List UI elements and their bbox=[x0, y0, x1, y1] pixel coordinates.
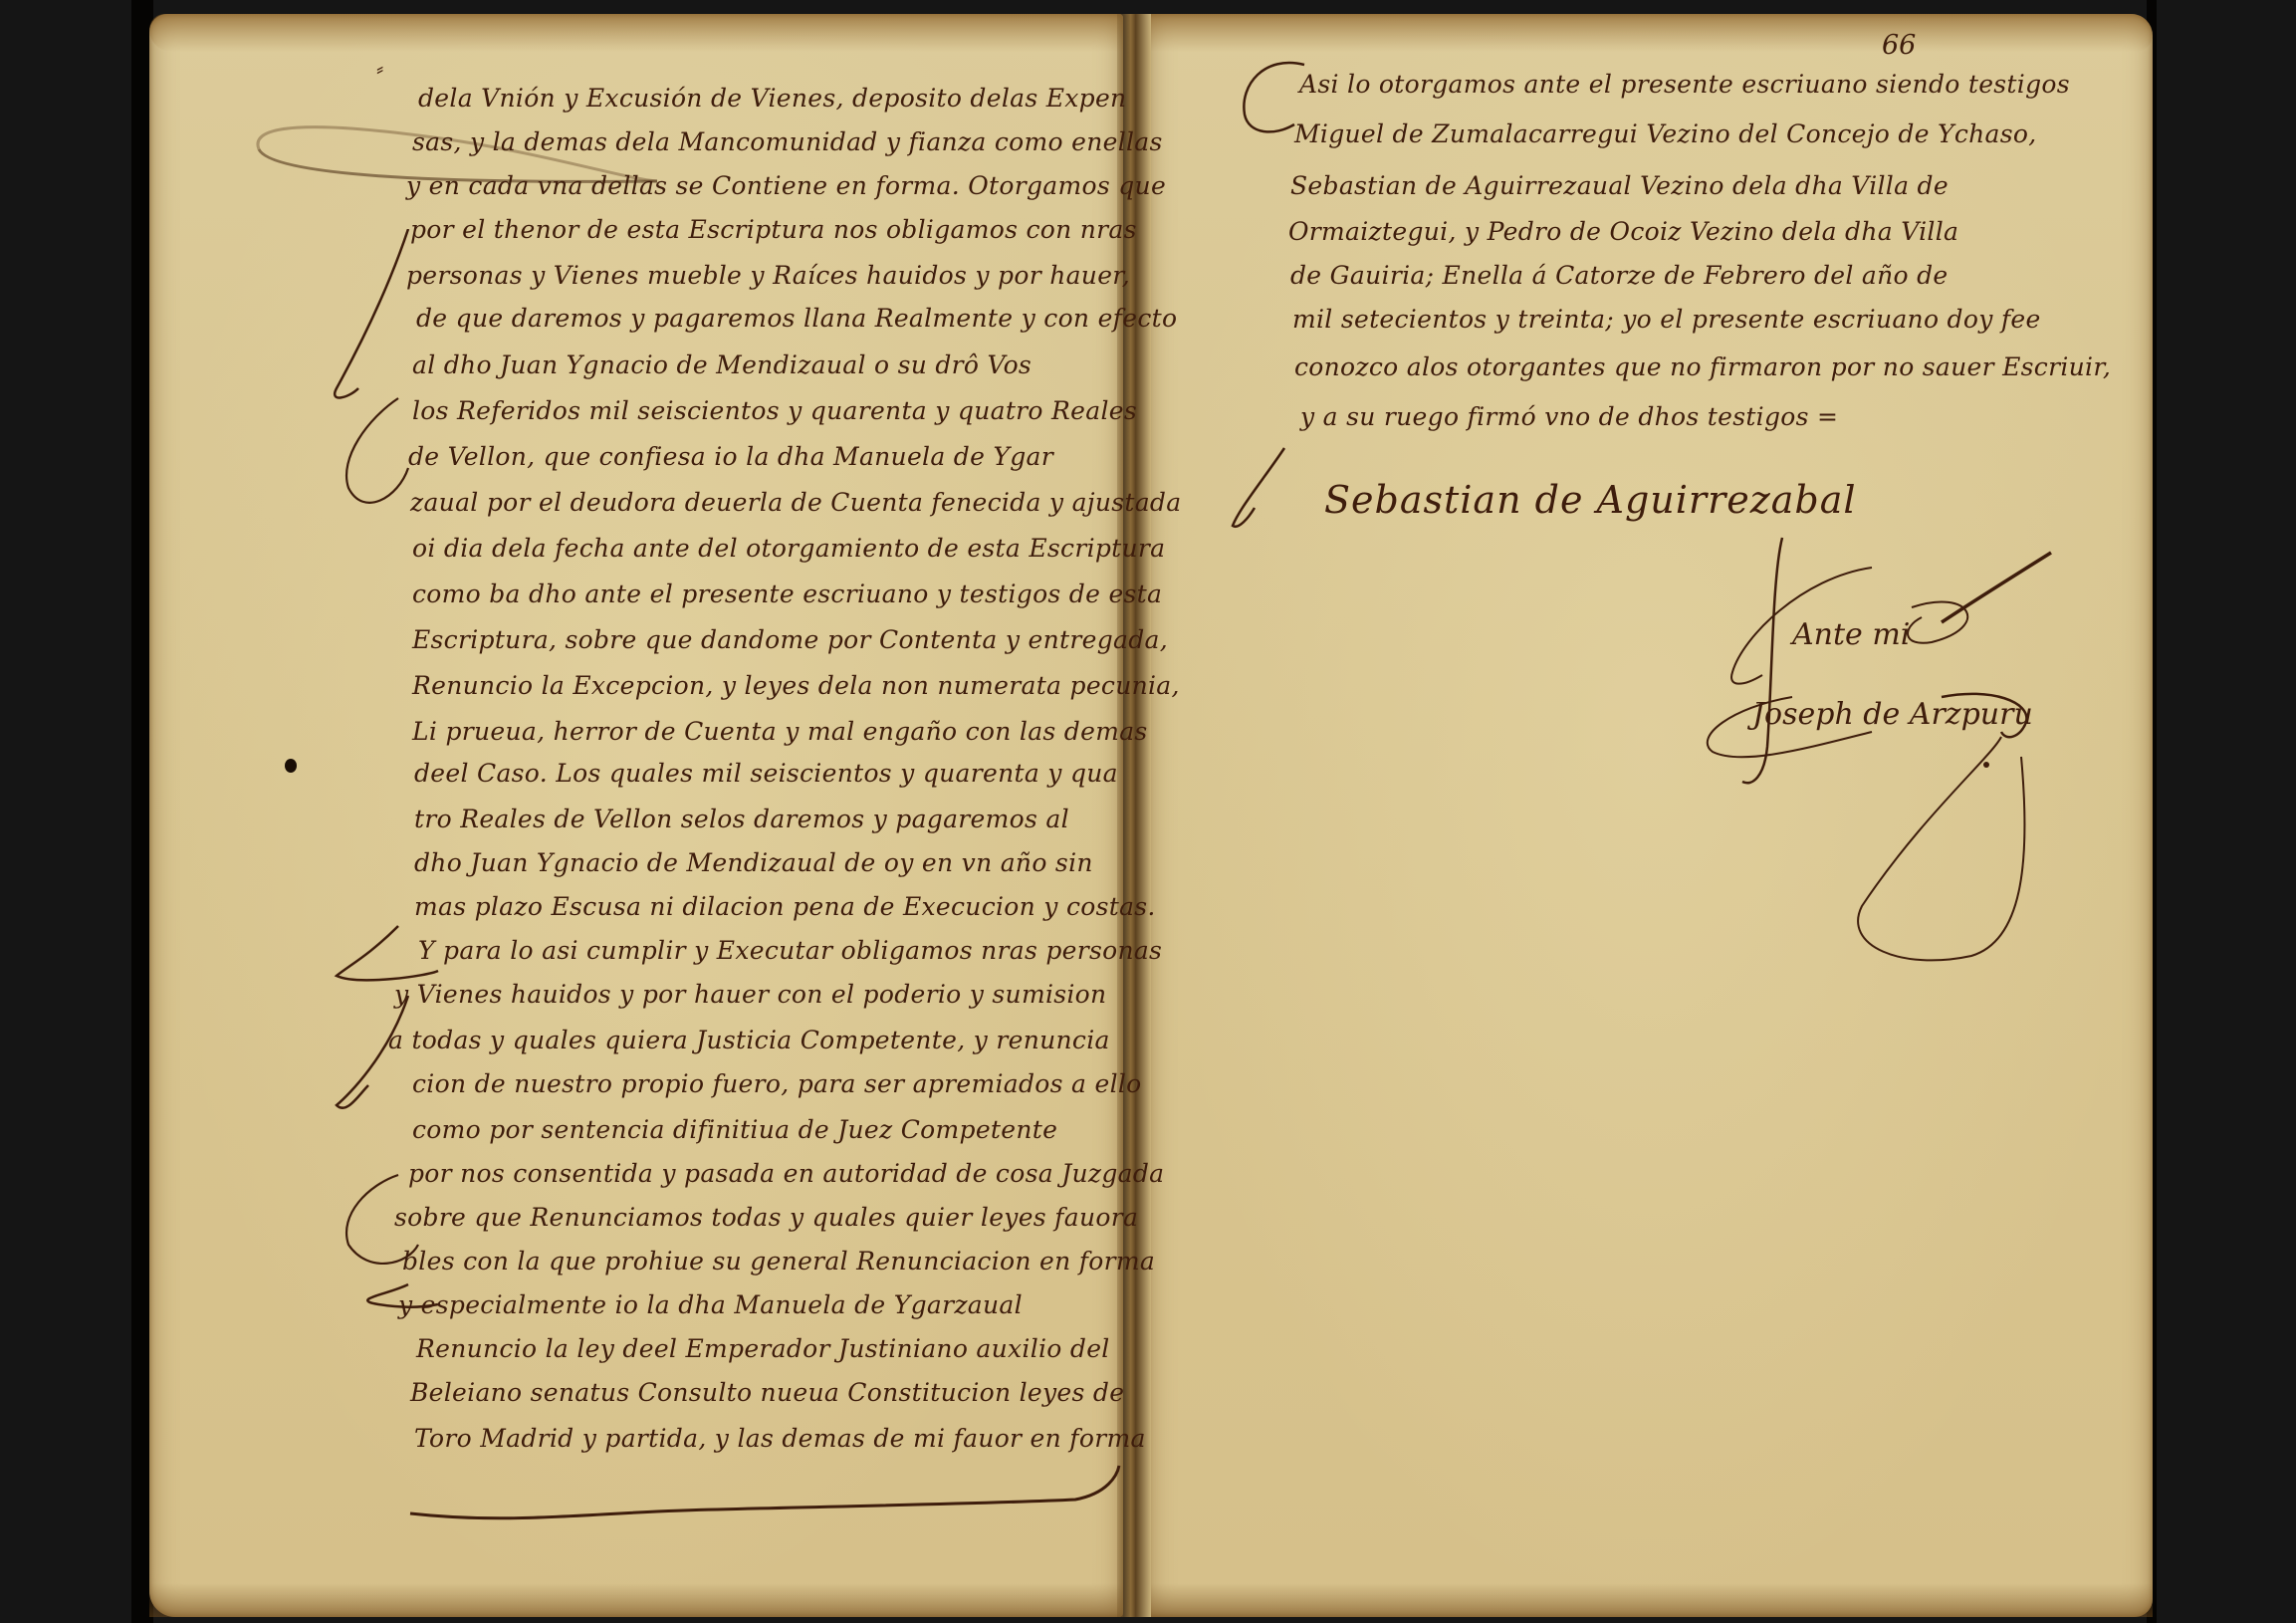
left-line-3: y en cada vna dellas se Contiene en form… bbox=[406, 171, 1166, 200]
left-line-28: y especialmente io la dha Manuela de Yga… bbox=[398, 1290, 1023, 1319]
left-line-5: personas y Vienes mueble y Raíces hauido… bbox=[406, 261, 1130, 290]
left-line-1: dela Vnión y Excusión de Vienes, deposit… bbox=[418, 84, 1126, 113]
left-line-7: al dho Juan Ygnacio de Mendizaual o su d… bbox=[412, 350, 1032, 379]
left-line-13: Escriptura, sobre que dandome por Conten… bbox=[412, 625, 1168, 654]
left-line-20: Y para lo asi cumplir y Executar obligam… bbox=[418, 936, 1162, 965]
left-line-31: Toro Madrid y partida, y las demas de mi… bbox=[414, 1424, 1146, 1453]
paper-hole bbox=[285, 759, 297, 773]
left-line-23: cion de nuestro propio fuero, para ser a… bbox=[412, 1069, 1142, 1098]
right-line-6: mil setecientos y treinta; yo el present… bbox=[1292, 305, 2041, 334]
notary-signature-line-1: Ante mi bbox=[1792, 617, 1910, 652]
left-line-4: por el thenor de esta Escriptura nos obl… bbox=[410, 215, 1137, 244]
book-gutter bbox=[1117, 14, 1151, 1617]
left-line-11: oi dia dela fecha ante del otorgamiento … bbox=[412, 534, 1165, 563]
right-line-3: Sebastian de Aguirrezaual Vezino dela dh… bbox=[1290, 171, 1949, 200]
left-line-26: sobre que Renunciamos todas y quales qui… bbox=[394, 1203, 1138, 1232]
left-line-22: a todas y quales quiera Justicia Compete… bbox=[388, 1026, 1110, 1054]
left-line-30: Beleiano senatus Consulto nueua Constitu… bbox=[410, 1378, 1124, 1407]
notary-signature-line-2: Joseph de Arzpuru bbox=[1752, 697, 2033, 732]
folio-number: 66 bbox=[1882, 30, 1916, 61]
left-line-8: los Referidos mil seiscientos y quarenta… bbox=[412, 396, 1137, 425]
left-line-16: deel Caso. Los quales mil seiscientos y … bbox=[414, 759, 1118, 788]
left-line-19: mas plazo Escusa ni dilacion pena de Exe… bbox=[414, 892, 1156, 921]
left-line-17: tro Reales de Vellon selos daremos y pag… bbox=[414, 805, 1069, 833]
left-line-18: dho Juan Ygnacio de Mendizaual de oy en … bbox=[414, 848, 1093, 877]
right-line-4: Ormaiztegui, y Pedro de Ocoiz Vezino del… bbox=[1288, 217, 1958, 246]
left-line-6: de que daremos y pagaremos llana Realmen… bbox=[416, 304, 1177, 333]
right-line-1: Asi lo otorgamos ante el presente escriu… bbox=[1299, 70, 2070, 99]
left-line-25: por nos consentida y pasada en autoridad… bbox=[408, 1159, 1164, 1188]
right-page bbox=[1147, 14, 2153, 1617]
left-line-9: de Vellon, que confiesa io la dha Manuel… bbox=[408, 442, 1053, 471]
right-line-2: Miguel de Zumalacarregui Vezino del Conc… bbox=[1294, 119, 2036, 148]
left-line-2: sas, y la demas dela Mancomunidad y fian… bbox=[412, 127, 1163, 156]
right-line-8: y a su ruego firmó vno de dhos testigos … bbox=[1300, 402, 1838, 431]
left-line-27: bles con la que prohiue su general Renun… bbox=[402, 1247, 1155, 1275]
right-line-7: conozco alos otorgantes que no firmaron … bbox=[1294, 352, 2111, 381]
margin-mark: ⸗ bbox=[376, 56, 383, 82]
left-line-15: Li prueua, herror de Cuenta y mal engaño… bbox=[412, 717, 1148, 746]
witness-signature: Sebastian de Aguirrezabal bbox=[1324, 478, 1857, 522]
left-line-14: Renuncio la Excepcion, y leyes dela non … bbox=[412, 671, 1180, 700]
left-line-24: como por sentencia difinitiua de Juez Co… bbox=[412, 1115, 1057, 1144]
left-line-10: zaual por el deudora deuerla de Cuenta f… bbox=[410, 488, 1181, 517]
right-line-5: de Gauiria; Enella á Catorze de Febrero … bbox=[1290, 261, 1949, 290]
left-line-29: Renuncio la ley deel Emperador Justinian… bbox=[416, 1334, 1110, 1363]
left-line-12: como ba dho ante el presente escriuano y… bbox=[412, 580, 1162, 608]
left-line-21: y Vienes hauidos y por hauer con el pode… bbox=[394, 980, 1106, 1009]
